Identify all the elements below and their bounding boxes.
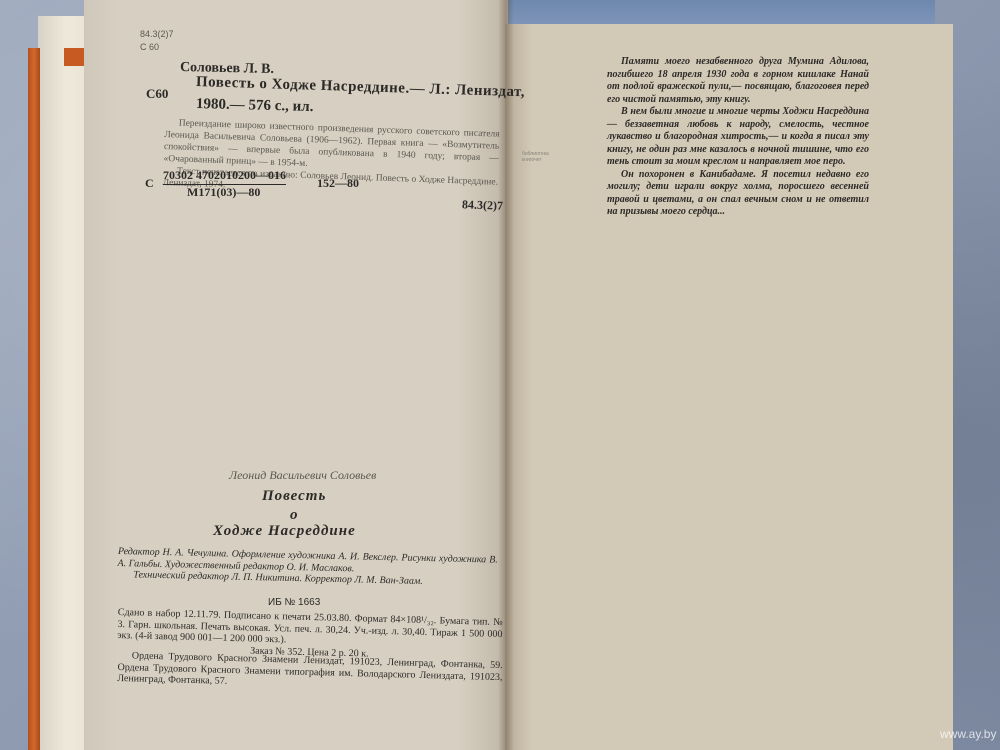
library-classification: 84.3(2)7 С 60 [140, 28, 174, 54]
biblio-publication: 1980.— 576 с., ил. [196, 96, 314, 116]
isbn-letter: С [145, 176, 154, 191]
biblio-code: С60 [146, 86, 168, 102]
dedication: Памяти моего незабвенного друга Мумина А… [607, 56, 869, 219]
book-cover-top-edge [505, 0, 935, 24]
title-page-author: Леонид Васильевич Соловьев [229, 468, 376, 483]
library-stamp: библиотека книгочет [522, 151, 549, 163]
stamp-line: книгочет [522, 157, 549, 163]
classification-bbk: 84.3(2)7 [140, 28, 174, 41]
title-page-title-line: Повесть [262, 488, 326, 505]
isbn-right: 152—80 [317, 176, 359, 191]
title-page-title-line: о [290, 507, 298, 524]
isbn-numerator: 70302 4702010200—016 [163, 168, 286, 185]
site-watermark: www.ay.by [940, 727, 996, 741]
dedication-paragraph: В нем были многие и многие черты Ходжи Н… [607, 106, 869, 169]
ib-number: ИБ № 1663 [268, 597, 320, 608]
classification-author-mark: С 60 [140, 41, 174, 54]
book-cover-edge [28, 48, 40, 750]
isbn-denominator: М171(03)—80 [163, 185, 286, 200]
book-cover-corner [64, 48, 84, 66]
bbk-code: 84.3(2)7 [462, 197, 503, 213]
title-page-title-line: Ходже Насреддине [213, 523, 356, 540]
dedication-paragraph: Он похоронен в Канибадаме. Я посетил нед… [607, 169, 869, 219]
dedication-paragraph: Памяти моего незабвенного друга Мумина А… [607, 56, 869, 106]
